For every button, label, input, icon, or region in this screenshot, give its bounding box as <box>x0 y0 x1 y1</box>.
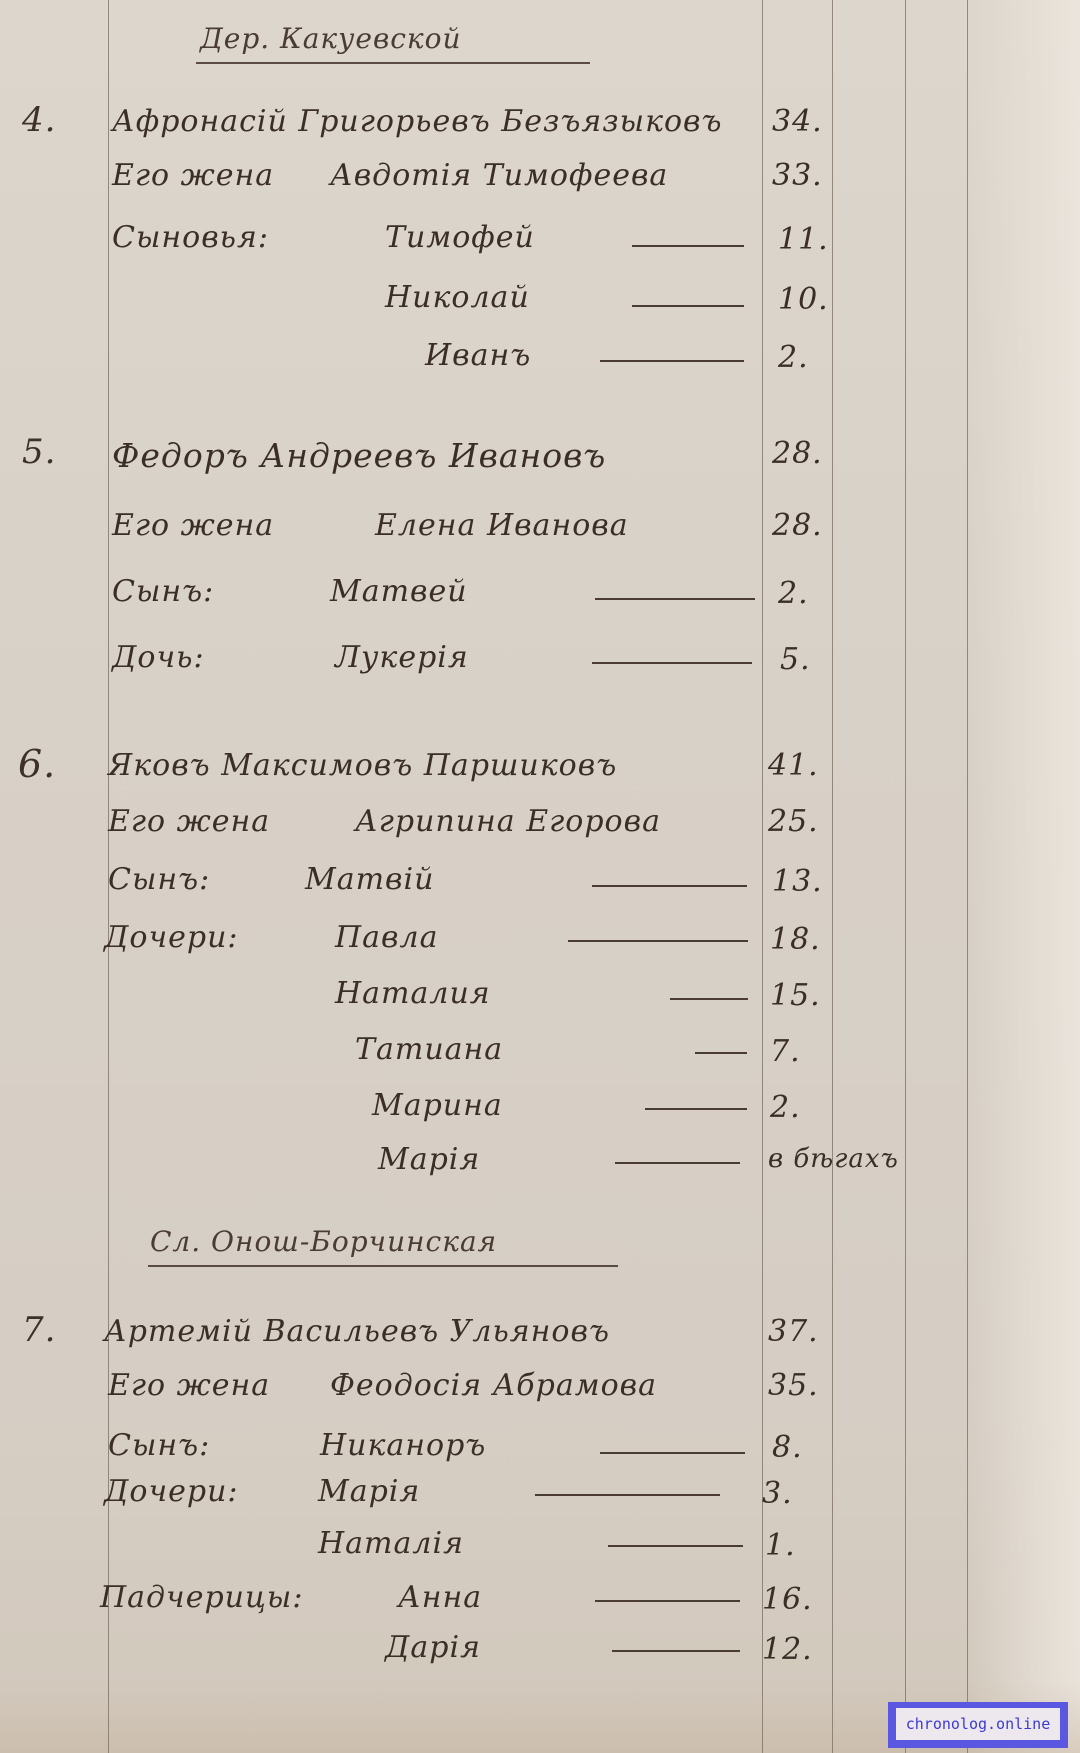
paper-edge <box>970 0 1080 1753</box>
member-age: 18. <box>770 922 821 957</box>
member-name: Артемій Васильевъ Ульяновъ <box>104 1314 610 1349</box>
member-name: Агрипина Егорова <box>355 804 661 839</box>
section-heading: Дер. Какуевской <box>200 22 462 55</box>
member-age: 28. <box>772 436 823 471</box>
member-name: Афронасій Григорьевъ Безъязыковъ <box>112 104 723 139</box>
member-name: Феодосія Абрамова <box>330 1368 657 1403</box>
member-age: 2. <box>778 576 809 611</box>
member-name: Николай <box>385 280 530 315</box>
member-role: Его жена <box>108 1368 270 1403</box>
member-name: Марія <box>378 1142 480 1177</box>
member-age: 2. <box>770 1090 801 1125</box>
member-age: 13. <box>772 864 823 899</box>
dash-filler <box>612 1650 740 1652</box>
dash-filler <box>535 1494 720 1496</box>
dash-filler <box>592 662 752 664</box>
member-age: 12. <box>762 1632 813 1667</box>
member-age: 7. <box>770 1034 801 1069</box>
member-role: Падчерицы: <box>100 1580 303 1615</box>
member-role: Его жена <box>112 158 274 193</box>
dash-filler <box>608 1545 743 1547</box>
member-name: Федоръ Андреевъ Ивановъ <box>112 436 606 475</box>
member-age: 11. <box>778 222 829 257</box>
dash-filler <box>600 1452 745 1454</box>
member-name: Анна <box>398 1580 482 1615</box>
dash-filler <box>632 305 744 307</box>
member-role: Сынъ: <box>112 574 214 609</box>
member-name: Яковъ Максимовъ Паршиковъ <box>108 748 617 783</box>
dash-filler <box>645 1108 747 1110</box>
member-age: 33. <box>772 158 823 193</box>
heading-underline <box>148 1265 618 1267</box>
member-age: 1. <box>765 1528 796 1563</box>
member-name: Никаноръ <box>320 1428 486 1463</box>
member-name: Тимофей <box>385 220 535 255</box>
member-age: 41. <box>768 748 819 783</box>
member-name: Павла <box>335 920 439 955</box>
member-role: Дочери: <box>104 1474 239 1509</box>
member-age: 15. <box>770 978 821 1013</box>
column-rule <box>832 0 833 1753</box>
dash-filler <box>595 1600 740 1602</box>
column-rule <box>905 0 906 1753</box>
section-heading: Сл. Онош-Борчинская <box>150 1225 497 1258</box>
member-age: 25. <box>768 804 819 839</box>
dash-filler <box>695 1052 747 1054</box>
member-age: 2. <box>778 340 809 375</box>
dash-filler <box>592 885 747 887</box>
family-number: 7. <box>22 1310 56 1350</box>
member-age: 37. <box>768 1314 819 1349</box>
member-name: Матвей <box>330 574 468 609</box>
member-name: Дарія <box>385 1630 481 1665</box>
member-role: Дочери: <box>104 920 239 955</box>
member-role: Его жена <box>108 804 270 839</box>
dash-filler <box>632 245 744 247</box>
dash-filler <box>600 360 744 362</box>
member-role: Его жена <box>112 508 274 543</box>
member-name: Наталія <box>318 1526 464 1561</box>
member-role: Сыновья: <box>112 220 269 255</box>
member-name: Елена Иванова <box>375 508 629 543</box>
member-role: Дочь: <box>112 640 205 675</box>
dash-filler <box>670 998 748 1000</box>
member-role: Сынъ: <box>108 862 210 897</box>
member-age: 16. <box>762 1582 813 1617</box>
member-name: Иванъ <box>425 338 531 373</box>
member-age: 35. <box>768 1368 819 1403</box>
member-name: Татиана <box>355 1032 503 1067</box>
member-name: Наталия <box>335 976 491 1011</box>
member-age: 34. <box>772 104 823 139</box>
heading-underline <box>196 62 590 64</box>
member-name: Матвій <box>305 862 434 897</box>
member-age: 10. <box>778 282 829 317</box>
member-name: Марина <box>372 1088 503 1123</box>
member-role: Сынъ: <box>108 1428 210 1463</box>
dash-filler <box>595 598 755 600</box>
watermark-text: chronolog.online <box>896 1708 1060 1740</box>
family-number: 4. <box>22 100 56 140</box>
member-name: Лукерія <box>335 640 469 675</box>
member-age: 8. <box>772 1430 803 1465</box>
member-age: 5. <box>780 642 811 677</box>
runaway-note: в бѣгахъ <box>768 1144 899 1174</box>
watermark-badge: chronolog.online <box>888 1702 1068 1748</box>
member-name: Марія <box>318 1474 420 1509</box>
column-rule <box>967 0 968 1753</box>
member-age: 3. <box>762 1476 793 1511</box>
dash-filler <box>568 940 748 942</box>
member-name: Авдотія Тимофеева <box>330 158 668 193</box>
family-number: 5. <box>22 432 56 472</box>
dash-filler <box>615 1162 740 1164</box>
family-number: 6. <box>18 742 56 786</box>
member-age: 28. <box>772 508 823 543</box>
